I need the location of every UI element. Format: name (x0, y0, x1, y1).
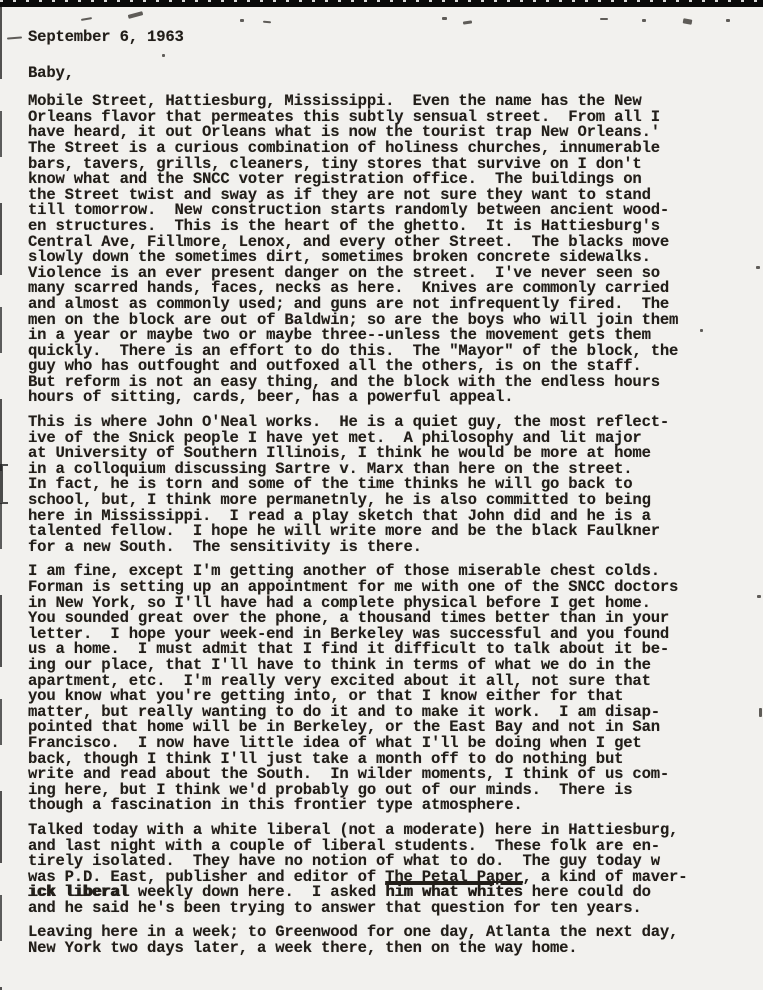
letter-line: though a fascination in this frontier ty… (28, 798, 748, 814)
letter-content: September 6, 1963 Baby, Mobile Street, H… (28, 30, 748, 966)
scan-edge-top-artifact (0, 0, 763, 7)
smudge-mark (240, 19, 244, 22)
smudge-mark (683, 18, 693, 24)
smudge-mark (128, 11, 144, 19)
smudge-mark (757, 595, 761, 598)
paragraph: Talked today with a white liberal (not a… (28, 823, 748, 917)
paragraph: Leaving here in a week; to Greenwood for… (28, 925, 748, 956)
letter-line: New York two days later, a week there, t… (28, 941, 748, 957)
paragraph: This is where John O'Neal works. He is a… (28, 415, 748, 555)
smudge-mark (442, 17, 447, 20)
letter-body: Mobile Street, Hattiesburg, Mississippi.… (28, 94, 748, 956)
paragraph: I am fine, except I'm getting another of… (28, 564, 748, 814)
letter-date: September 6, 1963 (28, 30, 748, 46)
smudge-mark (463, 20, 472, 24)
paragraph: Mobile Street, Hattiesburg, Mississippi.… (28, 94, 748, 406)
letter-line: for a new South. The sensitivity is ther… (28, 540, 748, 556)
smudge-mark (759, 708, 762, 717)
smudge-mark (600, 18, 608, 20)
letter-line: and he said he's been trying to answer t… (28, 901, 748, 917)
letter-page: September 6, 1963 Baby, Mobile Street, H… (0, 0, 763, 990)
letter-salutation: Baby, (28, 66, 748, 82)
smudge-mark (726, 19, 730, 22)
smudge-mark (263, 21, 271, 24)
smudge-mark (7, 36, 22, 39)
scan-bracket-artifact (0, 464, 8, 504)
smudge-mark (756, 266, 760, 269)
letter-line: hours of sitting, cards, beer, has a pow… (28, 390, 748, 406)
smudge-mark (642, 19, 646, 22)
smudge-mark (81, 17, 92, 21)
